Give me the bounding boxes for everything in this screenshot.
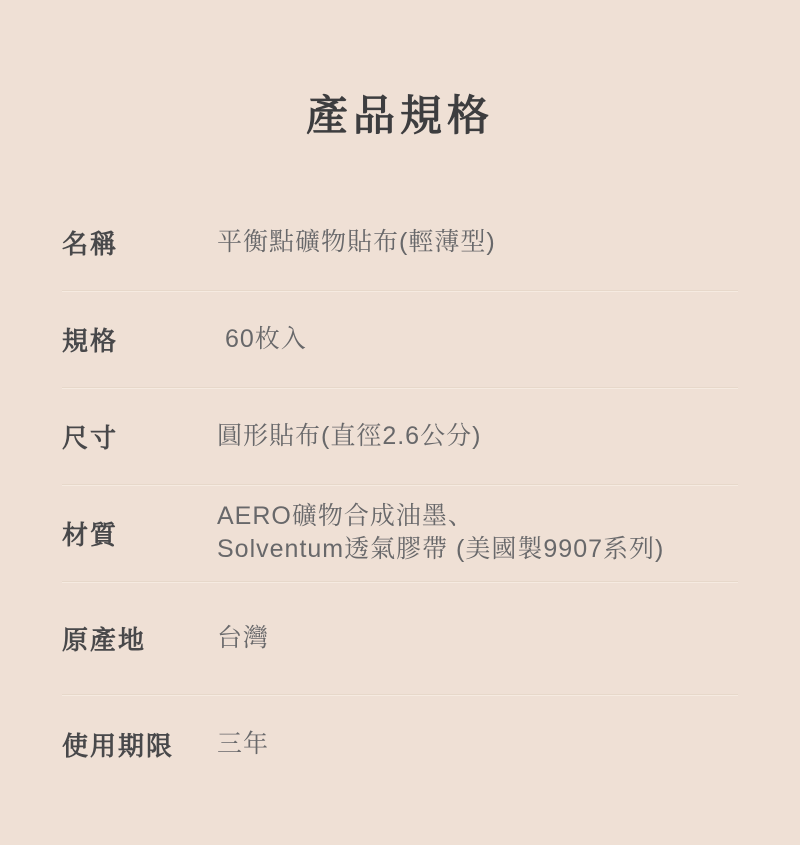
spec-label: 原產地 bbox=[62, 620, 217, 657]
spec-value: 圓形貼布(直徑2.6公分) bbox=[217, 420, 481, 453]
product-spec-page: 產品規格 名稱 平衡點礦物貼布(輕薄型) 規格 60枚入 尺寸 圓形貼布(直徑2… bbox=[0, 0, 800, 845]
spec-row-quantity: 規格 60枚入 bbox=[62, 291, 738, 388]
spec-label: 名稱 bbox=[62, 224, 217, 261]
spec-table: 名稱 平衡點礦物貼布(輕薄型) 規格 60枚入 尺寸 圓形貼布(直徑2.6公分)… bbox=[62, 194, 738, 793]
spec-row-material: 材質 AERO礦物合成油墨、 Solventum透氣膠帶 (美國製9907系列) bbox=[62, 485, 738, 582]
spec-value: 平衡點礦物貼布(輕薄型) bbox=[217, 226, 496, 259]
spec-value: AERO礦物合成油墨、 Solventum透氣膠帶 (美國製9907系列) bbox=[217, 500, 664, 566]
spec-label: 使用期限 bbox=[62, 726, 217, 763]
spec-row-name: 名稱 平衡點礦物貼布(輕薄型) bbox=[62, 194, 738, 291]
page-title: 產品規格 bbox=[0, 0, 800, 138]
spec-row-size: 尺寸 圓形貼布(直徑2.6公分) bbox=[62, 388, 738, 485]
spec-value: 台灣 bbox=[217, 622, 269, 655]
spec-row-origin: 原產地 台灣 bbox=[62, 582, 738, 695]
spec-label: 規格 bbox=[62, 321, 217, 358]
spec-value: 60枚入 bbox=[217, 323, 307, 356]
spec-value: 三年 bbox=[217, 728, 269, 761]
spec-label: 材質 bbox=[62, 515, 217, 552]
spec-label: 尺寸 bbox=[62, 418, 217, 455]
spec-row-shelf-life: 使用期限 三年 bbox=[62, 695, 738, 793]
